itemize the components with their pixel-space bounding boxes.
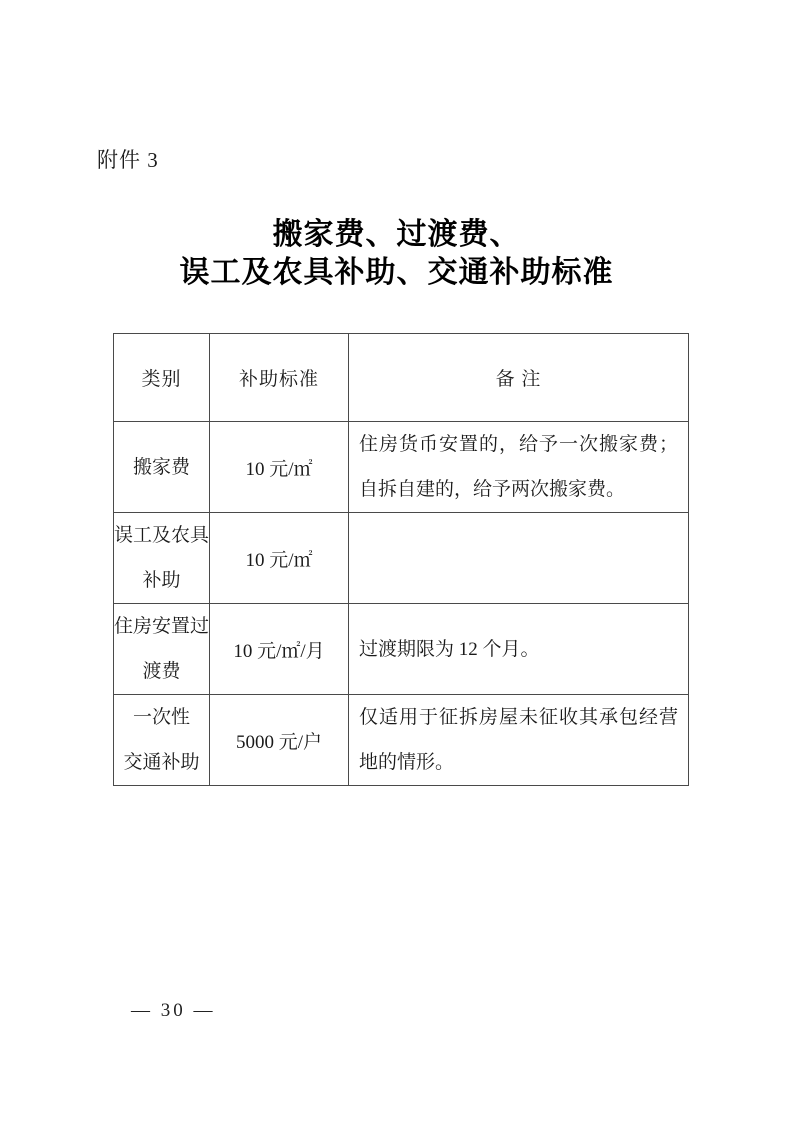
- document-page: 附件 3 搬家费、过渡费、 误工及农具补助、交通补助标准 类别 补助标准 备 注…: [0, 0, 793, 1122]
- row3-category: 住房安置过 渡费: [114, 604, 210, 695]
- row4-category: 一次性 交通补助: [114, 695, 210, 786]
- header-remark: 备 注: [349, 334, 689, 422]
- page-title: 搬家费、过渡费、 误工及农具补助、交通补助标准: [0, 216, 793, 292]
- page-title-line1: 搬家费、过渡费、: [0, 216, 793, 254]
- row2-standard: 10 元/㎡: [210, 513, 349, 604]
- table-header-row: 类别 补助标准 备 注: [114, 334, 689, 422]
- attachment-label: 附件 3: [97, 144, 159, 174]
- row3-remark: 过渡期限为 12 个月。: [349, 604, 689, 695]
- row1-category: 搬家费: [114, 422, 210, 513]
- table-row: 搬家费 10 元/㎡ 住房货币安置的，给予一次搬家费；自拆自建的，给予两次搬家费…: [114, 422, 689, 513]
- table-row: 一次性 交通补助 5000 元/户 仅适用于征拆房屋未征收其承包经营地的情形。: [114, 695, 689, 786]
- header-standard: 补助标准: [210, 334, 349, 422]
- row1-remark: 住房货币安置的，给予一次搬家费；自拆自建的，给予两次搬家费。: [349, 422, 689, 513]
- row4-remark: 仅适用于征拆房屋未征收其承包经营地的情形。: [349, 695, 689, 786]
- page-number: — 30 —: [131, 1000, 216, 1022]
- table-row: 误工及农具 补助 10 元/㎡: [114, 513, 689, 604]
- row2-remark: [349, 513, 689, 604]
- row4-standard: 5000 元/户: [210, 695, 349, 786]
- header-category: 类别: [114, 334, 210, 422]
- page-title-line2: 误工及农具补助、交通补助标准: [0, 254, 793, 292]
- row2-category: 误工及农具 补助: [114, 513, 210, 604]
- subsidy-table: 类别 补助标准 备 注 搬家费 10 元/㎡ 住房货币安置的，给予一次搬家费；自…: [113, 333, 689, 786]
- table-row: 住房安置过 渡费 10 元/㎡/月 过渡期限为 12 个月。: [114, 604, 689, 695]
- row1-standard: 10 元/㎡: [210, 422, 349, 513]
- row3-standard: 10 元/㎡/月: [210, 604, 349, 695]
